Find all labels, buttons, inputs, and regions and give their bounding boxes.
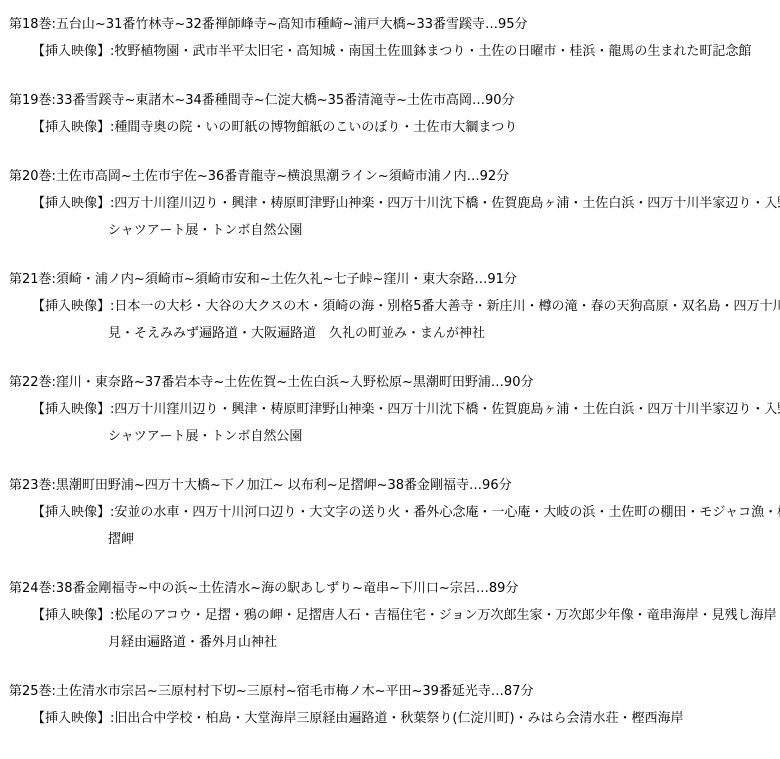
- footage-line: 【挿入映像】:日本一の大杉・大谷の大クスの木・須崎の海・別格5番大善寺・新庄川・…: [0, 293, 780, 320]
- footage-text: 四万十川窪川辺り・興津・梼原町津野山神楽・四万十川沈下橋・佐賀鹿島ヶ浦・土佐白浜…: [114, 196, 780, 211]
- volume-title: 第20巻:土佐市高岡~土佐市宇佐~36番青龍寺~横浪黒潮ライン~須崎市浦ノ内…9…: [0, 163, 780, 190]
- volume-title: 第18巻:五台山~31番竹林寺~32番禅師峰寺~高知市種崎~浦戸大橋~33番雪蹊…: [0, 11, 780, 38]
- volume-title: 第23巻:黒潮町田野浦~四万十大橋~下ノ加江~ 以布利~足摺岬~38番金剛福寺……: [0, 472, 780, 499]
- footage-text: 種間寺奥の院・いの町紙の博物館紙のこいのぼり・土佐市大綱まつり: [114, 120, 517, 135]
- volume-entry: 第21巻:須崎・浦ノ内~須崎市~須崎市安和~土佐久礼~七子峠~窪川・東大奈路…9…: [0, 266, 780, 347]
- volume-entry: 第20巻:土佐市高岡~土佐市宇佐~36番青龍寺~横浪黒潮ライン~須崎市浦ノ内…9…: [0, 163, 780, 244]
- footage-text: 日本一の大杉・大谷の大クスの木・須崎の海・別格5番大善寺・新庄川・樽の滝・春の天…: [114, 299, 780, 314]
- footage-line: 【挿入映像】:安並の水車・四万十川河口辺り・大文字の送り火・番外心念庵・一心庵・…: [0, 499, 780, 526]
- episode-list: 第18巻:五台山~31番竹林寺~32番禅師峰寺~高知市種崎~浦戸大橋~33番雪蹊…: [0, 0, 780, 732]
- footage-label: 【挿入映像】:: [32, 711, 114, 726]
- footage-text: 牧野植物園・武市半平太旧宅・高知城・南国土佐皿鉢まつり・土佐の日曜市・桂浜・龍馬…: [114, 44, 751, 59]
- footage-label: 【挿入映像】:: [32, 120, 114, 135]
- footage-text: 四万十川窪川辺り・興津・梼原町津野山神楽・四万十川沈下橋・佐賀鹿島ヶ浦・土佐白浜…: [114, 402, 780, 417]
- volume-entry: 第19巻:33番雪蹊寺~東諸木~34番種間寺~仁淀大橋~35番清滝寺~土佐市高岡…: [0, 87, 780, 141]
- footage-label: 【挿入映像】:: [32, 608, 114, 623]
- volume-title: 第25巻:土佐清水市宗呂~三原村村下切~三原村~宿毛市梅ノ木~平田~39番延光寺…: [0, 678, 780, 705]
- footage-text: 松尾のアコウ・足摺・鴉の岬・足摺唐人石・吉福住宅・ジョン万次郎生家・万次郎少年像…: [114, 608, 780, 623]
- footage-line: 【挿入映像】:種間寺奥の院・いの町紙の博物館紙のこいのぼり・土佐市大綱まつり: [0, 114, 780, 141]
- footage-continuation-line: シャツアート展・トンボ自然公園: [0, 217, 780, 244]
- volume-entry: 第22巻:窪川・東奈路~37番岩本寺~土佐佐賀~土佐白浜~入野松原~黒潮町田野浦…: [0, 369, 780, 450]
- volume-entry: 第18巻:五台山~31番竹林寺~32番禅師峰寺~高知市種崎~浦戸大橋~33番雪蹊…: [0, 11, 780, 65]
- footage-continuation-line: 月経由遍路道・番外月山神社: [0, 629, 780, 656]
- footage-line: 【挿入映像】:四万十川窪川辺り・興津・梼原町津野山神楽・四万十川沈下橋・佐賀鹿島…: [0, 190, 780, 217]
- volume-title: 第21巻:須崎・浦ノ内~須崎市~須崎市安和~土佐久礼~七子峠~窪川・東大奈路…9…: [0, 266, 780, 293]
- volume-title: 第22巻:窪川・東奈路~37番岩本寺~土佐佐賀~土佐白浜~入野松原~黒潮町田野浦…: [0, 369, 780, 396]
- volume-entry: 第24巻:38番金剛福寺~中の浜~土佐清水~海の駅あしずり~竜串~下川口~宗呂……: [0, 575, 780, 656]
- footage-label: 【挿入映像】:: [32, 196, 114, 211]
- volume-entry: 第25巻:土佐清水市宗呂~三原村村下切~三原村~宿毛市梅ノ木~平田~39番延光寺…: [0, 678, 780, 732]
- footage-continuation-line: シャツアート展・トンボ自然公園: [0, 423, 780, 450]
- footage-continuation-line: 摺岬: [0, 526, 780, 553]
- footage-continuation-line: 見・そえみみず遍路道・大阪遍路道 久礼の町並み・まんが神社: [0, 320, 780, 347]
- volume-title: 第24巻:38番金剛福寺~中の浜~土佐清水~海の駅あしずり~竜串~下川口~宗呂……: [0, 575, 780, 602]
- volume-entry: 第23巻:黒潮町田野浦~四万十大橋~下ノ加江~ 以布利~足摺岬~38番金剛福寺……: [0, 472, 780, 553]
- footage-text: 安並の水車・四万十川河口辺り・大文字の送り火・番外心念庵・一心庵・大岐の浜・土佐…: [114, 505, 780, 520]
- volume-title: 第19巻:33番雪蹊寺~東諸木~34番種間寺~仁淀大橋~35番清滝寺~土佐市高岡…: [0, 87, 780, 114]
- footage-text: 旧出合中学校・柏島・大堂海岸三原経由遍路道・秋葉祭り(仁淀川町)・みはら会清水荘…: [114, 711, 683, 726]
- footage-line: 【挿入映像】:松尾のアコウ・足摺・鴉の岬・足摺唐人石・吉福住宅・ジョン万次郎生家…: [0, 602, 780, 629]
- footage-line: 【挿入映像】:牧野植物園・武市半平太旧宅・高知城・南国土佐皿鉢まつり・土佐の日曜…: [0, 38, 780, 65]
- footage-label: 【挿入映像】:: [32, 299, 114, 314]
- footage-label: 【挿入映像】:: [32, 402, 114, 417]
- footage-line: 【挿入映像】:旧出合中学校・柏島・大堂海岸三原経由遍路道・秋葉祭り(仁淀川町)・…: [0, 705, 780, 732]
- footage-label: 【挿入映像】:: [32, 44, 114, 59]
- footage-line: 【挿入映像】:四万十川窪川辺り・興津・梼原町津野山神楽・四万十川沈下橋・佐賀鹿島…: [0, 396, 780, 423]
- footage-label: 【挿入映像】:: [32, 505, 114, 520]
